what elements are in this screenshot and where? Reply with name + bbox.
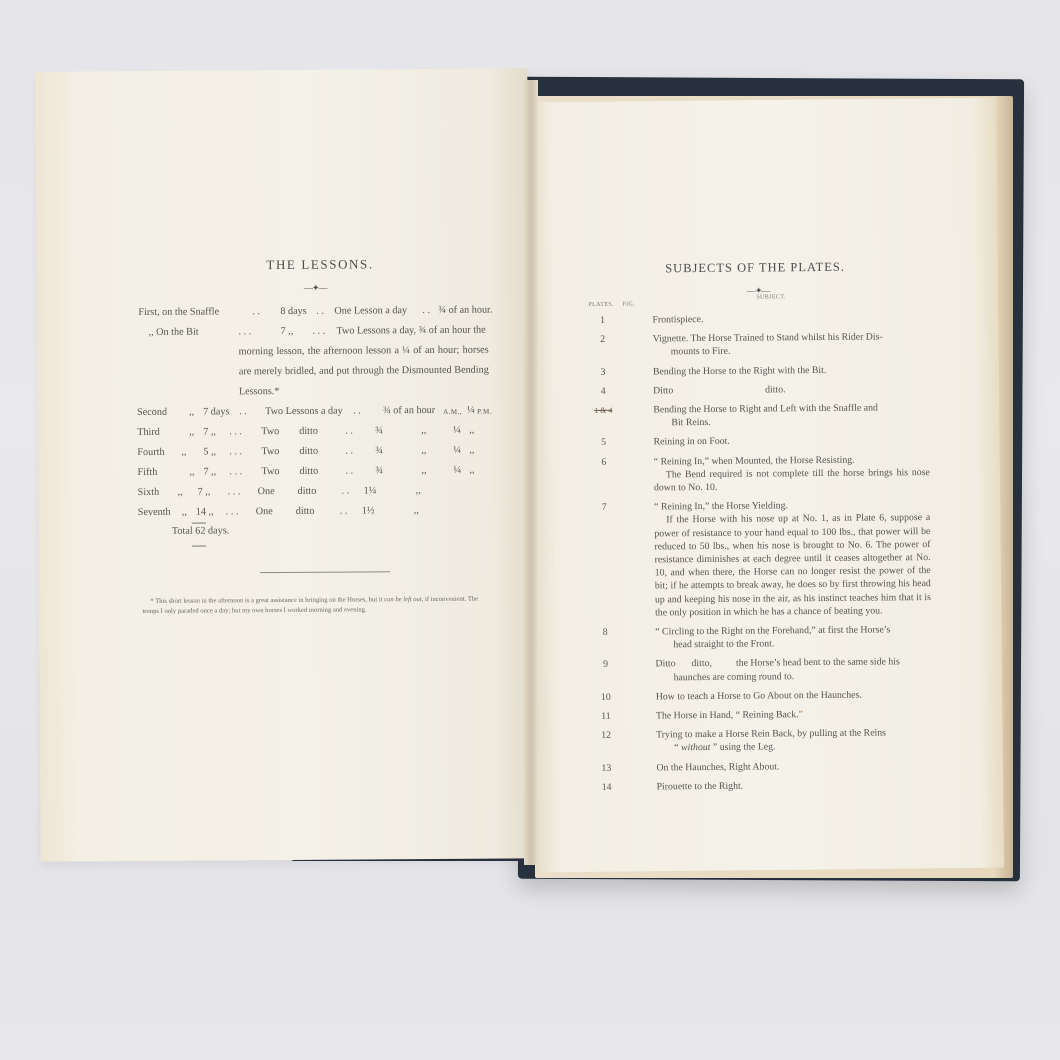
plate-subject: Ditto	[655, 658, 691, 672]
stage: Sixth	[138, 483, 160, 503]
am-duration: ¾	[375, 461, 383, 481]
footnote-text: This short lesson in the afternoon is a …	[155, 596, 382, 605]
lesson-row-first: First, on the Snaffle . . 8 days . . One…	[140, 301, 490, 323]
plate-number: 3	[595, 365, 611, 378]
lessons-title: THE LESSONS.	[150, 256, 490, 274]
ornament-divider: —✦—	[140, 282, 490, 295]
plate-number: 12	[598, 729, 614, 742]
lessons: Two	[261, 422, 279, 442]
ditto-mark: ,,	[189, 423, 194, 443]
schedule-row: Seventh ,, 14 ,, . . . One ditto . . 1½ …	[138, 501, 492, 523]
plate-entry: 14 Pirouette to the Right.	[593, 778, 933, 794]
pm-label: P.M.	[477, 402, 492, 422]
plate-entry: 3 Bending the Horse to the Right with th…	[589, 363, 929, 379]
plate-entry: 5 Reining in on Foot.	[590, 433, 930, 449]
plate-number: 10	[598, 691, 614, 704]
schedule-row: Sixth ,, 7 ,, . . . One ditto . . 1¼ ,,	[138, 481, 492, 503]
plate-entry: 4 Dittoditto.	[589, 382, 929, 398]
plate-entry: 13 On the Haunches, Right About.	[592, 759, 932, 775]
lessons-section: THE LESSONS. —✦— First, on the Snaffle .…	[140, 256, 493, 627]
plate-subject-italic: without	[681, 742, 711, 753]
ditto-mark: ,,	[189, 403, 194, 423]
plate-number: 5	[596, 436, 612, 449]
ditto: ditto	[299, 462, 318, 482]
plates-title: SUBJECTS OF THE PLATES.	[582, 259, 928, 277]
am-label: ,,	[421, 421, 426, 441]
stage: Seventh	[138, 503, 171, 523]
plate-subject: “ Reining In,” the Horse Yielding.	[654, 500, 788, 512]
ditto: ditto	[296, 502, 315, 522]
plate-entry: 9 Dittoditto, the Horse’s head bent to t…	[591, 655, 931, 684]
leader-dots: . .	[422, 301, 430, 321]
pm-label: ,,	[469, 461, 474, 481]
plate-entry: 7 “ Reining In,” the Horse Yielding.If t…	[590, 498, 931, 620]
schedule-row: Fifth ,, 7 ,, . . . Two ditto . . ¾ ,, ¼…	[137, 461, 491, 483]
schedule-row: Third ,, 7 ,, . . . Two ditto . . ¾ ,, ¼…	[137, 421, 491, 443]
stage: Third	[137, 423, 160, 443]
am-label: A.M.,	[443, 402, 462, 422]
row-lessons: One Lesson a day	[334, 301, 407, 322]
pm-duration: ¼	[453, 441, 461, 461]
leader-dots: . .	[345, 442, 353, 462]
plate-note: If the Horse with his nose up at No. 1, …	[654, 511, 931, 619]
row-label: First, on the Snaffle	[138, 302, 219, 323]
bit-paragraph: morning lesson, the afternoon lesson a ¼…	[239, 341, 489, 403]
ditto: ditto	[298, 482, 317, 502]
plate-number-struck: 1 & 4	[585, 404, 621, 418]
plate-subject: “ Circling to the Right on the Forehand,…	[655, 624, 890, 637]
am-duration: ¾ of an hour	[383, 401, 435, 421]
plate-subject: The Horse in Hand, “ Reining Back.	[656, 709, 799, 721]
days: 14 ,,	[196, 502, 214, 522]
plate-subject: How to teach a Horse to Go About on the …	[656, 688, 932, 704]
leader-dots: . . .	[229, 442, 242, 462]
am-duration: 1½	[362, 501, 375, 521]
plate-subject: the Horse’s head bent to the same side h…	[736, 657, 900, 669]
plate-subject: On the Haunches, Right About.	[656, 759, 932, 775]
lessons: Two	[261, 462, 279, 482]
plates-section: SUBJECTS OF THE PLATES. —✦— PLATES. FIG.…	[588, 259, 933, 800]
leader-dots: . .	[316, 302, 324, 322]
row-days: 7 ,,	[280, 322, 293, 342]
footnote: * This short lesson in the afternoon is …	[142, 595, 482, 617]
plate-number: 2	[595, 333, 611, 346]
stage: Fifth	[137, 463, 157, 483]
plate-subject-cont: mounts to Fire.	[653, 343, 929, 359]
pm-duration: ¼	[453, 421, 461, 441]
plate-subject: “ Reining In,” when Mounted, the Horse R…	[654, 454, 855, 467]
plate-subject: Trying to make a Horse Rein Back, by pul…	[656, 728, 886, 741]
pm-duration: ¼	[467, 401, 475, 421]
row-duration: ¾ of an hour.	[438, 301, 492, 321]
plate-subject-cont: Bit Reins.	[653, 414, 929, 430]
plate-entry: 1 Frontispiece.	[588, 311, 928, 327]
plate-subject: Ditto	[653, 383, 765, 397]
ditto-mark: ,,	[189, 463, 194, 483]
am-duration: ¾	[375, 421, 383, 441]
total-days: Total 62 days.	[172, 525, 229, 536]
plate-entry: 6 “ Reining In,” when Mounted, the Horse…	[590, 453, 930, 496]
leader-dots: . .	[345, 422, 353, 442]
leader-dots: . . .	[226, 502, 239, 522]
row-label: ,, On the Bit	[148, 323, 198, 343]
pm-label: ,,	[469, 421, 474, 441]
plate-entry: 8 “ Circling to the Right on the Forehan…	[591, 623, 931, 652]
plate-note: The Bend required is not complete till t…	[654, 466, 930, 495]
stage: Second	[137, 403, 167, 423]
plate-entry: 1 & 4 Bending the Horse to Right and Lef…	[589, 401, 929, 430]
lessons: One	[256, 502, 273, 522]
leader-dots: . . .	[229, 462, 242, 482]
ditto: ditto	[299, 442, 318, 462]
footnote-marker: *	[142, 598, 153, 605]
stage: Fourth	[137, 443, 164, 463]
plate-number: 6	[596, 455, 612, 468]
plate-subject: ditto.	[765, 384, 786, 395]
row-days: 8 days	[280, 302, 306, 322]
leader-dots: . .	[353, 401, 361, 421]
plate-subject-cont: ” using the Leg.	[710, 742, 775, 754]
days: 7 days	[203, 402, 229, 422]
footnote-italic: can be left out,	[384, 596, 423, 603]
leader-dots: . .	[340, 502, 348, 522]
plate-number: 13	[598, 761, 614, 774]
section-rule	[260, 571, 390, 573]
leader-dots: . .	[252, 302, 260, 322]
am-duration: 1¼	[364, 481, 377, 501]
plate-number: 7	[596, 501, 612, 514]
days: 7 ,,	[203, 422, 216, 442]
plate-entry: 2 Vignette. The Horse Trained to Stand w…	[589, 330, 929, 359]
lessons: One	[258, 482, 275, 502]
plate-subject: Frontispiece.	[652, 311, 928, 327]
plate-subject: ditto,	[691, 657, 733, 671]
days: 7 ,,	[203, 462, 216, 482]
ink-stain: ”	[798, 709, 802, 720]
lesson-row-bit: ,, On the Bit . . . 7 ,, . . . Two Lesso…	[140, 321, 490, 343]
schedule-row: Second ,, 7 days . . Two Lessons a day .…	[137, 401, 491, 423]
leader-dots: . .	[345, 462, 353, 482]
leader-dots: . .	[239, 402, 247, 422]
plate-entry: 10 How to teach a Horse to Go About on t…	[592, 688, 932, 704]
plate-number: 9	[597, 658, 613, 671]
leader-dots: . . .	[238, 322, 251, 342]
am-label: ,,	[421, 441, 426, 461]
am-label: ,,	[421, 461, 426, 481]
am-duration: ¾	[375, 441, 383, 461]
plate-subject-cont: head straight to the Front.	[655, 636, 931, 652]
plate-subject: Pirouette to the Right.	[657, 778, 933, 794]
header-plates: PLATES.	[588, 302, 614, 308]
header-fig: FIG.	[622, 302, 635, 308]
plate-subject: Bending the Horse to Right and Left with…	[653, 402, 878, 415]
lessons: Two	[261, 442, 279, 462]
schedule-row: Fourth ,, 5 ,, . . . Two ditto . . ¾ ,, …	[137, 441, 491, 463]
days: 5 ,,	[203, 442, 216, 462]
row-lessons: Two Lessons a day, ¾ of an hour the	[336, 321, 485, 342]
lessons: Two Lessons a day	[265, 402, 343, 423]
ditto: ditto	[299, 422, 318, 442]
leader-dots: . . .	[312, 322, 325, 342]
leader-dots: . .	[342, 482, 350, 502]
plate-subject-cont: haunches are coming round to.	[656, 669, 932, 685]
pm-duration: ¼	[453, 461, 461, 481]
pm-label: ,,	[469, 441, 474, 461]
plate-number: 11	[598, 710, 614, 723]
plate-number: 1	[594, 314, 610, 327]
plate-number: 4	[595, 385, 611, 398]
plate-entry: 12 Trying to make a Horse Rein Back, by …	[592, 726, 932, 755]
book-gutter	[524, 80, 538, 865]
plate-subject: Reining in on Foot.	[654, 433, 930, 449]
leader-dots: . . .	[228, 482, 241, 502]
ditto-mark: ,,	[178, 483, 183, 503]
ditto-mark: ,,	[182, 503, 187, 523]
plate-number: 14	[599, 781, 615, 794]
plate-subject: Bending the Horse to the Right with the …	[653, 363, 929, 379]
am-label: ,,	[414, 501, 419, 521]
plate-number: 8	[597, 626, 613, 639]
leader-dots: . . .	[229, 422, 242, 442]
schedule-table: Second ,, 7 days . . Two Lessons a day .…	[137, 401, 492, 523]
days: 7 ,,	[198, 483, 211, 503]
am-label: ,,	[416, 481, 421, 501]
ditto-mark: ,,	[181, 443, 186, 463]
header-subject: SUBJECT.	[756, 294, 786, 300]
plate-entry: 11 The Horse in Hand, “ Reining Back.”	[592, 707, 932, 723]
plate-subject: Vignette. The Horse Trained to Stand whi…	[653, 332, 883, 345]
